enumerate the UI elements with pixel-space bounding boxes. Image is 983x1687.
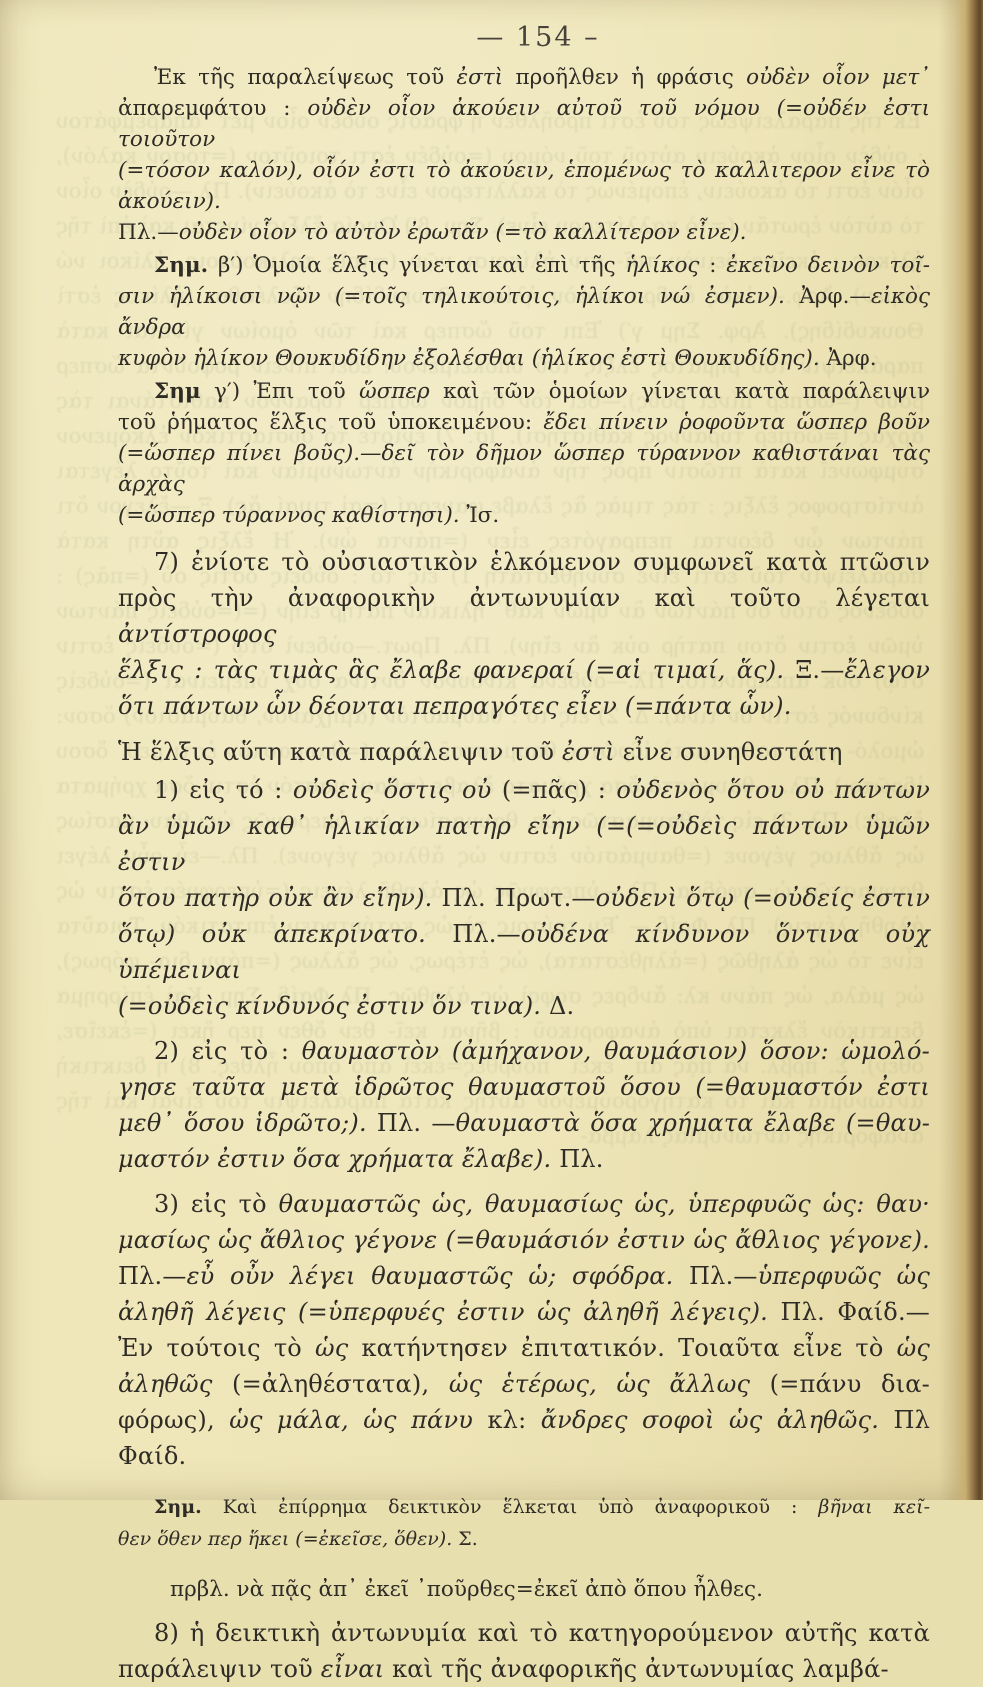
text-run: Πλ.— — [426, 920, 521, 948]
text-line: πρὸς τὴν ἀναφορικὴν ἀντωνυμίαν καὶ τοῦτο… — [118, 580, 930, 652]
text-run: ὡς — [897, 1334, 930, 1362]
text-block: Ἐκ τῆς παραλείψεως τοῦ ἐστὶ προῆλθεν ἡ φ… — [118, 62, 930, 1500]
text-line: μασίως ὡς ἄθλιος γέγονε (=θαυμάσιόν ἐστι… — [118, 1222, 930, 1258]
text-line: Σημ γ′) Ἐπι τοῦ ὥσπερ καὶ τῶν ὁμοίων γίν… — [118, 376, 930, 407]
text-run: : — [699, 253, 726, 278]
text-run: μασίως ὡς ἄθλιος γέγονε (=θαυμάσιόν ἐστι… — [118, 1226, 930, 1254]
text-run: Σημ. — [154, 253, 208, 278]
text-line: (=ὥσπερ πίνει βοῦς).—δεῖ τὸν δῆμον ὥσπερ… — [118, 438, 930, 500]
text-line: ἂν ὑμῶν καθ᾽ ἡλικίαν πατὴρ εἴην (=(=οὐδε… — [118, 808, 930, 880]
text-run: Πλ — [879, 1406, 930, 1434]
text-run: 3) εἰς τὸ — [154, 1190, 279, 1218]
text-line: (=ὥσπερ τύραννος καθίστησι). Ἰσ. — [118, 500, 930, 531]
para-1: 1) εἰς τό : οὐδεὶς ὅστις οὐ (=πᾶς) : οὐδ… — [118, 772, 930, 1024]
text-run: πρὸς τὴν ἀναφορικὴν ἀντωνυμίαν καὶ τοῦτο… — [118, 584, 930, 612]
text-run: (=πάνυ δια- — [750, 1370, 930, 1398]
text-run: κυφὸν ἡλίκον Θουκυδίδην ἐξολέσθαι (ἡλίκο… — [118, 346, 820, 371]
text-run: Ἀρφ.— — [785, 284, 871, 309]
text-run: ἐκεῖνο δεινὸν τοῖ- — [726, 253, 930, 278]
text-line: μεθ᾽ ὅσου ἱδρῶτο;). Πλ. —θαυμαστὰ ὅσα χρ… — [118, 1105, 930, 1141]
text-line: μαστόν ἐστιν ὅσα χρήματα ἔλαβε). Πλ. — [118, 1141, 930, 1177]
text-line: Πλ.—οὐδὲν οἷον τὸ αὐτὸν ἐρωτᾶν (=τὸ καλλ… — [118, 217, 930, 248]
text-run: κατήντησεν ἐπιτατικόν. Τοιαῦτα εἶνε τὸ — [348, 1334, 896, 1362]
text-line: 2) εἰς τὸ : θαυμαστὸν (ἀμήχανον, θαυμάσι… — [118, 1033, 930, 1069]
text-line: ἀπαρεμφάτου : οὐδὲν οἷον ἀκούειν αὐτοῦ τ… — [118, 93, 930, 155]
text-run: βῆναι κεῖ- — [818, 1496, 930, 1500]
text-run: θαυμαστῶς ὡς, θαυμασίως ὡς, ὑπερφυῶς ὡς:… — [279, 1190, 930, 1218]
text-run: Πλ.— — [118, 1262, 187, 1290]
text-run: Πλ. — — [367, 1109, 456, 1137]
text-run: ὡς ἑτέρως, ὡς ἄλλως — [449, 1370, 750, 1398]
text-run: Ἐν τούτοις τὸ — [118, 1334, 315, 1362]
text-run: ἡλίκος — [625, 253, 699, 278]
text-run: Σημ. — [154, 1496, 202, 1500]
text-run: (=ὥσπερ πίνει βοῦς).—δεῖ τὸν δῆμον ὥσπερ… — [118, 441, 930, 497]
text-line: ἀληθῆ λέγεις (=ὑπερφυές ἐστιν ὡς ἀληθῆ λ… — [118, 1294, 930, 1330]
para-intro: Ἐκ τῆς παραλείψεως τοῦ ἐστὶ προῆλθεν ἡ φ… — [118, 62, 930, 248]
text-run: γησε ταῦτα μετὰ ἱδρῶτος θαυμαστοῦ ὅσου (… — [118, 1073, 930, 1101]
text-run: ὥσπερ — [359, 379, 430, 404]
text-run: Πλ. Φαίδ.— — [768, 1298, 930, 1326]
text-run: (=πᾶς) : — [491, 776, 616, 804]
text-run: φόρως), — [118, 1406, 229, 1434]
text-line: Σημ. β′) Ὁμοία ἕλξις γίνεται καὶ ἐπὶ τῆς… — [118, 250, 930, 281]
text-line: Ἐν τούτοις τὸ ὡς κατήντησεν ἐπιτατικόν. … — [118, 1330, 930, 1366]
text-run: ἔλεγον — [844, 656, 930, 684]
text-line: 3) εἰς τὸ θαυμαστῶς ὡς, θαυμασίως ὡς, ὑπ… — [118, 1186, 930, 1222]
text-line: κυφὸν ἡλίκον Θουκυδίδην ἐξολέσθαι (ἡλίκο… — [118, 343, 930, 374]
text-run: 7) ἐνίοτε τὸ οὐσιαστικὸν ἑλκόμενον συμφω… — [154, 548, 930, 576]
text-run: (=οὐδεὶς κίνδυνός ἐστιν ὅν τινα). — [118, 992, 541, 1020]
book-page: Ἐκ τῆς παραλείψεως τοῦ ἐστὶ προῆλθεν ἡ φ… — [0, 0, 983, 1500]
text-run: Δ. — [541, 992, 574, 1020]
text-run: οὐδενὸς ὅτου οὐ πάντων — [616, 776, 930, 804]
text-line: τοῦ ῥήματος ἕλξις τοῦ ὑποκειμένου: ἔδει … — [118, 407, 930, 438]
text-line: Ἡ ἕλξις αὕτη κατὰ παράλειψιν τοῦ ἐστὶ εἶ… — [118, 734, 930, 770]
para-sem-b: Σημ. β′) Ὁμοία ἕλξις γίνεται καὶ ἐπὶ τῆς… — [118, 250, 930, 374]
text-run: ὅτου πατὴρ οὐκ ἂν εἴην). — [118, 884, 432, 912]
text-line: ὅτι πάντων ὧν δέονται πεπραγότες εἶεν (=… — [118, 688, 930, 724]
text-line: ἕλξις : τὰς τιμὰς ἃς ἔλαβε φανεραί (=αἱ … — [118, 652, 930, 688]
text-line: 1) εἰς τό : οὐδεὶς ὅστις οὐ (=πᾶς) : οὐδ… — [118, 772, 930, 808]
text-run: 2) εἰς τὸ : — [154, 1037, 302, 1065]
text-line: γησε ταῦτα μετὰ ἱδρῶτος θαυμαστοῦ ὅσου (… — [118, 1069, 930, 1105]
text-run: ἐστὶ — [562, 738, 615, 766]
text-run: ὡς μάλα, ὡς πάνυ — [229, 1406, 473, 1434]
text-run: ὡς — [315, 1334, 348, 1362]
text-run: (=ἀληθέστατα), — [212, 1370, 448, 1398]
page-edge-shadow — [939, 0, 983, 1500]
text-run: Σημ — [154, 379, 201, 404]
text-run: τοῦ ῥήματος ἕλξις τοῦ ὑποκειμένου: — [118, 410, 543, 435]
text-line: φόρως), ὡς μάλα, ὡς πάνυ κλ: ἄνδρες σοφο… — [118, 1402, 930, 1438]
text-run: θαυμαστὰ ὅσα χρήματα ἔλαβε (=θαυ- — [456, 1109, 930, 1137]
text-run: μαστόν ἐστιν ὅσα χρήματα ἔλαβε). — [118, 1145, 551, 1173]
text-run: (=τόσον καλόν), οἷόν ἐστι τὸ ἀκούειν, ἑπ… — [118, 158, 930, 214]
text-line: Φαίδ. — [118, 1438, 930, 1474]
text-run: ἕλξις : τὰς τιμὰς ἃς ἔλαβε φανεραί (=αἱ … — [118, 656, 784, 684]
text-run: 1) εἰς τό : — [154, 776, 293, 804]
text-run: ὅτῳ) οὐκ ἀπεκρίνατο. — [118, 920, 426, 948]
text-line: σιν ἡλίκοισι νῷν (=τοῖς τηλικούτοις, ἡλί… — [118, 281, 930, 343]
text-run: Ἐκ τῆς παραλείψεως τοῦ — [154, 65, 457, 90]
text-line: 7) ἐνίοτε τὸ οὐσιαστικὸν ἑλκόμενον συμφω… — [118, 544, 930, 580]
text-run: οὐδὲν οἷον τὸ αὐτὸν ἐρωτᾶν (=τὸ καλλίτερ… — [179, 220, 747, 245]
text-run: ἐστὶ — [457, 65, 504, 90]
text-run: Καὶ ἐπίρρημα δεικτικὸν ἕλκεται ὑπὸ ἀναφο… — [202, 1496, 819, 1500]
text-run: (=ὥσπερ τύραννος καθίστησι). — [118, 503, 460, 528]
text-run: β′) Ὁμοία ἕλξις γίνεται καὶ ἐπὶ τῆς — [208, 253, 625, 278]
text-line: Ἐκ τῆς παραλείψεως τοῦ ἐστὶ προῆλθεν ἡ φ… — [118, 62, 930, 93]
text-run: Πλ.— — [118, 220, 179, 245]
text-line: (=τόσον καλόν), οἷόν ἐστι τὸ ἀκούειν, ἑπ… — [118, 155, 930, 217]
text-line: ὅτου πατὴρ οὐκ ἂν εἴην). Πλ. Πρωτ.—οὐδεν… — [118, 880, 930, 916]
text-run: Πλ. Πρωτ.— — [432, 884, 595, 912]
text-run: καὶ τῶν ὁμοίων γίνεται κατὰ παράλειψιν — [430, 379, 930, 404]
text-run: ἀληθῶς — [118, 1370, 212, 1398]
para-3: 3) εἰς τὸ θαυμαστῶς ὡς, θαυμασίως ὡς, ὑπ… — [118, 1186, 930, 1474]
para-2: 2) εἰς τὸ : θαυμαστὸν (ἀμήχανον, θαυμάσι… — [118, 1033, 930, 1177]
text-run: ὑπερφυῶς ὡς — [758, 1262, 930, 1290]
page-number: — 154 – — [118, 22, 958, 53]
text-run: ἂν ὑμῶν καθ᾽ ἡλικίαν πατὴρ εἴην (=(=οὐδε… — [118, 812, 930, 876]
text-run: μεθ᾽ ὅσου ἱδρῶτο;). — [118, 1109, 367, 1137]
text-run: Πλ.— — [673, 1262, 757, 1290]
text-run: Ἀρφ. — [820, 346, 877, 371]
text-run: Ἰσ. — [460, 503, 500, 528]
text-run: ὅτι πάντων ὧν δέονται πεπραγότες εἶεν (=… — [118, 692, 792, 720]
text-line: Σημ. Καὶ ἐπίρρημα δεικτικὸν ἕλκεται ὑπὸ … — [118, 1491, 930, 1500]
text-run: σιν ἡλίκοισι νῷν (=τοῖς τηλικούτοις, ἡλί… — [118, 284, 785, 309]
text-run: Φαίδ. — [118, 1442, 186, 1470]
text-line: ἀληθῶς (=ἀληθέστατα), ὡς ἑτέρως, ὡς ἄλλω… — [118, 1366, 930, 1402]
text-line: (=οὐδεὶς κίνδυνός ἐστιν ὅν τινα). Δ. — [118, 988, 930, 1024]
text-run: κλ: — [473, 1406, 541, 1434]
para-elxis: Ἡ ἕλξις αὕτη κατὰ παράλειψιν τοῦ ἐστὶ εἶ… — [118, 734, 930, 770]
text-run: Ξ.— — [784, 656, 844, 684]
text-run: εὖ οὖν λέγει θαυμαστῶς ὡ; σφόδρα. — [187, 1262, 674, 1290]
text-run: ἄνδρες σοφοὶ ὡς ἀληθῶς. — [541, 1406, 879, 1434]
text-line: ὅτῳ) οὐκ ἀπεκρίνατο. Πλ.—οὐδένα κίνδυνον… — [118, 916, 930, 988]
para-sem-note: Σημ. Καὶ ἐπίρρημα δεικτικὸν ἕλκεται ὑπὸ … — [118, 1491, 930, 1500]
text-run: ἀπαρεμφάτου : — [118, 96, 307, 121]
text-run: οὐδενὶ ὅτῳ (=οὐδείς ἐστιν — [596, 884, 930, 912]
text-run: ἔδει πίνειν ῥοφοῦντα ὥσπερ βοῦν — [543, 410, 930, 435]
para-7: 7) ἐνίοτε τὸ οὐσιαστικὸν ἑλκόμενον συμφω… — [118, 544, 930, 724]
text-line: Πλ.—εὖ οὖν λέγει θαυμαστῶς ὡ; σφόδρα. Πλ… — [118, 1258, 930, 1294]
text-run: ἀντίστροφος — [118, 620, 277, 648]
text-run: εἶνε συνηθεστάτη — [615, 738, 843, 766]
text-run: προῆλθεν ἡ φράσις — [503, 65, 746, 90]
text-run: θαυμαστὸν (ἀμήχανον, θαυμάσιον) ὅσον: ὡμ… — [302, 1037, 930, 1065]
text-run: γ′) Ἐπι τοῦ — [201, 379, 360, 404]
text-run: Πλ. — [551, 1145, 603, 1173]
text-run: ἀληθῆ λέγεις (=ὑπερφυές ἐστιν ὡς ἀληθῆ λ… — [118, 1298, 768, 1326]
text-run: οὐδὲν οἷον μετ᾽ — [746, 65, 930, 90]
text-run: Ἡ ἕλξις αὕτη κατὰ παράλειψιν τοῦ — [118, 738, 562, 766]
text-run: οὐδεὶς ὅστις οὐ — [293, 776, 492, 804]
para-sem-g: Σημ γ′) Ἐπι τοῦ ὥσπερ καὶ τῶν ὁμοίων γίν… — [118, 376, 930, 531]
